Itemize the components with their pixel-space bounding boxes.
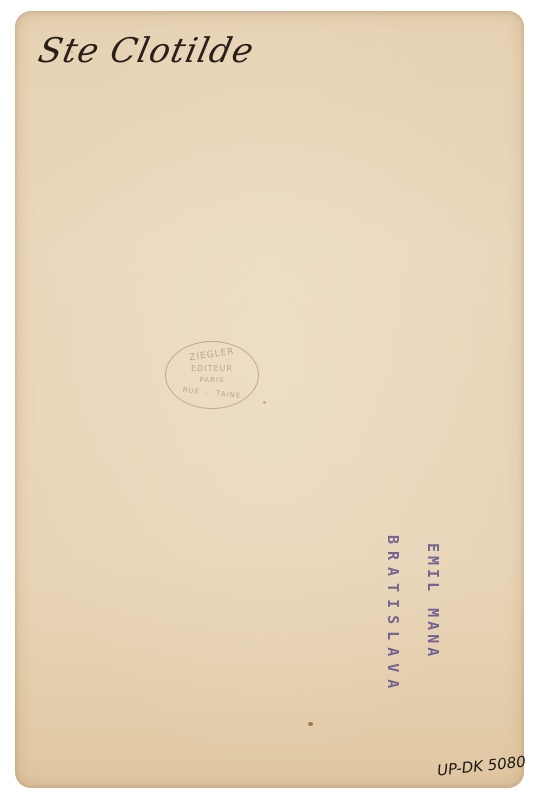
inscription-text: Ste Clotilde (35, 31, 258, 71)
stamp-line-3: PARIS (166, 376, 258, 384)
foxing-speck (263, 401, 266, 404)
foxing-speck (308, 722, 313, 726)
stamp-line-1: ZIEGLER (166, 344, 258, 367)
handwritten-inscription: Ste Clotilde (37, 25, 307, 81)
photographer-stamp: ZIEGLER EDITEUR PARIS RUE ... TAINE (165, 341, 259, 409)
inventory-number: UP-DK 5080 (436, 752, 526, 779)
photo-card-back: Ste Clotilde ZIEGLER EDITEUR PARIS RUE .… (15, 11, 524, 788)
stamp-line-2: EDITEUR (166, 364, 258, 373)
owner-stamp: EMIL MANA BRATISLAVA (380, 529, 450, 719)
stamp-line-4: RUE ... TAINE (166, 384, 258, 402)
owner-stamp-city: BRATISLAVA (384, 535, 402, 695)
owner-stamp-name: EMIL MANA (424, 543, 442, 660)
foxing-speck (71, 51, 73, 53)
